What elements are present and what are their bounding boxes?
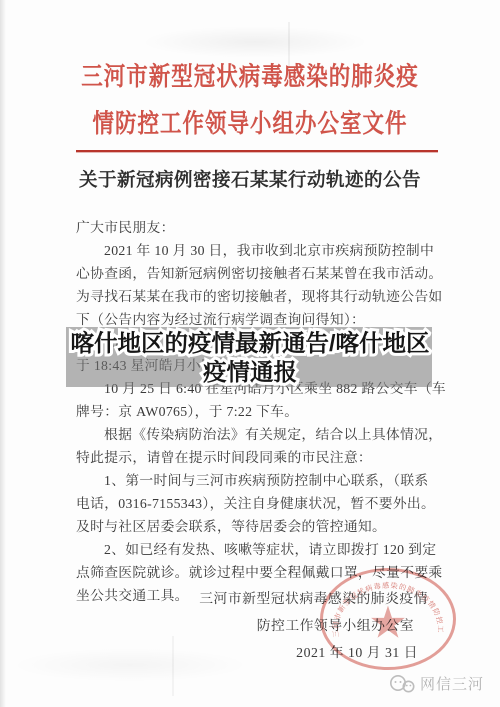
body-line: 为寻找石某某在我市的密切接触者，现将其行动轨迹公告如: [76, 285, 430, 308]
paper-crease: [172, 636, 174, 696]
caption-line2: 疫情通报 疫情通报: [0, 358, 500, 387]
body-line: 1、第一时间与三河市疾病预防控制中心联系，（联系: [76, 469, 430, 492]
letterhead: 三河市新型冠状病毒感染的肺炎疫 情防控工作领导小组办公室文件: [0, 54, 500, 148]
body-line: 心协查函，告知新冠病例密切接触者石某某曾在我市活动。: [76, 262, 430, 285]
body-line: 电话，0316-7155343），关注自身健康状况，暂不要外出。: [76, 492, 430, 515]
watermark-label: 网信三河: [420, 673, 484, 694]
caption-line1: 喀什地区的疫情最新通告/喀什地区 喀什地区的疫情最新通告/喀什地区: [0, 329, 500, 358]
signature-line2: 防控工作领导小组办公室: [199, 612, 428, 639]
letterhead-line1: 三河市新型冠状病毒感染的肺炎疫: [0, 54, 500, 101]
body-line: 2021 年 10 月 30 日，我市收到北京市疾病预防控制中: [76, 239, 430, 262]
body-line: 根据《传染病防治法》有关规定，结合以上具体情况，: [76, 423, 430, 446]
watermark: 网信三河: [389, 673, 484, 694]
caption-line1-text: 喀什地区的疫情最新通告/喀什地区: [0, 329, 500, 358]
signature-line1: 三河市新型冠状病毒感染的肺炎疫情: [199, 585, 428, 612]
body-line: 2、如已经有发热、咳嗽等症状，请立即拨打 120 到定: [76, 538, 430, 561]
body-line: 牌号：京 AW0765），于 7:22 下车。: [76, 400, 430, 423]
signature-block: 三河市新型冠状病毒感染的肺炎疫情 防控工作领导小组办公室 2021 年 10 月…: [199, 585, 428, 666]
document-title: 关于新冠病例密接石某某行动轨迹的公告: [0, 166, 500, 192]
body-line: 广大市民朋友：: [76, 216, 430, 239]
wechat-bubbles-icon: [389, 674, 415, 694]
body-line: 特此提示，请曾在提示时间段同乘的市民注意：: [76, 446, 430, 469]
body-line: 点筛查医院就诊。就诊过程中要全程佩戴口罩，尽量不要乘: [76, 561, 430, 584]
body-line: 及时与社区居委会联系，等待居委会的管控通知。: [76, 515, 430, 538]
caption-line2-text: 疫情通报: [0, 358, 500, 387]
letterhead-line2: 情防控工作领导小组办公室文件: [0, 101, 500, 148]
red-divider-line: [76, 150, 438, 152]
signature-date: 2021 年 10 月 31 日: [199, 639, 428, 666]
caption-overlay-title: 喀什地区的疫情最新通告/喀什地区 喀什地区的疫情最新通告/喀什地区 疫情通报 疫…: [0, 329, 500, 387]
document-photo: 三河市新型冠状病毒感染的肺炎疫 情防控工作领导小组办公室文件 关于新冠病例密接石…: [0, 0, 500, 707]
document-body: 广大市民朋友： 2021 年 10 月 30 日，我市收到北京市疾病预防控制中 …: [76, 216, 430, 607]
